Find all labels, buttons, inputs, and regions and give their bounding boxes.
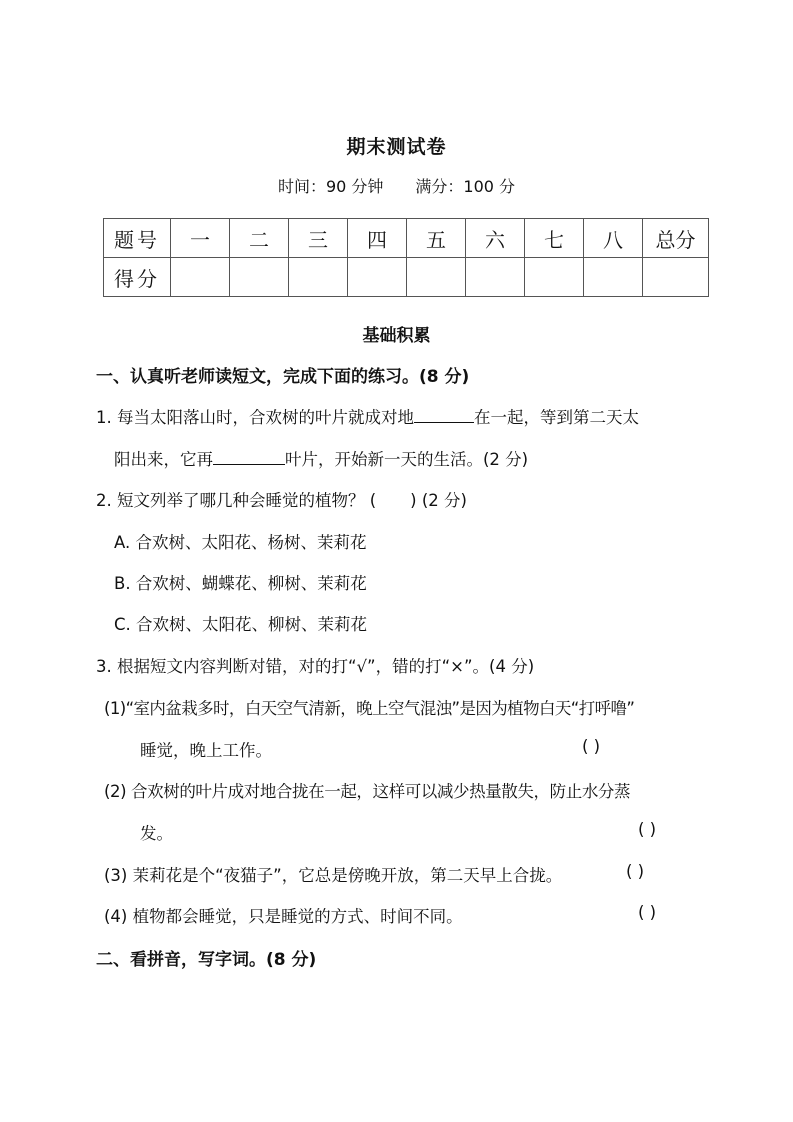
col-2: 二	[230, 219, 289, 258]
q1-text-a: 1. 每当太阳落山时，合欢树的叶片就成对地	[96, 408, 414, 427]
score-table-score-row: 得分	[104, 258, 709, 297]
q3-item4-answer[interactable]: ( )	[638, 903, 656, 922]
score-cell[interactable]	[348, 258, 407, 297]
col-7: 七	[525, 219, 584, 258]
score-cell[interactable]	[289, 258, 348, 297]
q3-item3-line1: (3) 茉莉花是个“夜猫子”，它总是傍晚开放，第二天早上合拢。	[104, 862, 562, 886]
col-total: 总分	[643, 219, 709, 258]
col-5: 五	[407, 219, 466, 258]
exam-meta: 时间：90 分钟满分：100 分	[0, 174, 793, 197]
q3-item2-line1: (2) 合欢树的叶片成对地合拢在一起，这样可以减少热量散失，防止水分蒸	[104, 778, 630, 802]
col-8: 八	[584, 219, 643, 258]
score-cell[interactable]	[584, 258, 643, 297]
col-4: 四	[348, 219, 407, 258]
q1-text-b: 在一起，等到第二天太	[474, 408, 639, 427]
q2-option-a: A. 合欢树、太阳花、杨树、茉莉花	[114, 529, 367, 553]
q1-line1: 1. 每当太阳落山时，合欢树的叶片就成对地在一起，等到第二天太	[96, 404, 639, 428]
q3-item1-line2: 睡觉，晚上工作。	[140, 737, 272, 761]
score-cell-total[interactable]	[643, 258, 709, 297]
q3-item4-line1: (4) 植物都会睡觉，只是睡觉的方式、时间不同。	[104, 903, 463, 927]
answer-blank[interactable]	[414, 406, 474, 423]
q2-points: ) (2 分)	[410, 491, 467, 510]
part1-heading: 一、认真听老师读短文，完成下面的练习。(8 分)	[96, 362, 469, 387]
row-label-question-number: 题号	[104, 219, 171, 258]
q1-text-d: 叶片，开始新一天的生活。(2 分)	[285, 450, 528, 469]
score-table-header-row: 题号 一 二 三 四 五 六 七 八 总分	[104, 219, 709, 258]
score-cell[interactable]	[466, 258, 525, 297]
section-title: 基础积累	[0, 321, 793, 346]
col-6: 六	[466, 219, 525, 258]
score-cell[interactable]	[171, 258, 230, 297]
q1-line2: 阳出来，它再叶片，开始新一天的生活。(2 分)	[114, 446, 528, 470]
score-cell[interactable]	[407, 258, 466, 297]
score-cell[interactable]	[230, 258, 289, 297]
q2-text: 2. 短文列举了哪几种会睡觉的植物？ (	[96, 491, 376, 510]
row-label-score: 得分	[104, 258, 171, 297]
q3-item3-answer[interactable]: ( )	[626, 862, 644, 881]
q1-text-c: 阳出来，它再	[114, 450, 213, 469]
q2-option-c: C. 合欢树、太阳花、柳树、茉莉花	[114, 611, 367, 635]
q2-stem: 2. 短文列举了哪几种会睡觉的植物？ () (2 分)	[96, 487, 467, 511]
score-table: 题号 一 二 三 四 五 六 七 八 总分 得分	[103, 218, 709, 297]
full-score: 满分：100 分	[415, 177, 515, 196]
score-cell[interactable]	[525, 258, 584, 297]
time-limit: 时间：90 分钟	[278, 177, 383, 196]
part2-heading: 二、看拼音，写字词。(8 分)	[96, 945, 316, 970]
q3-item1-line1: (1)“室内盆栽多时，白天空气清新，晚上空气混浊”是因为植物白天“打呼噜”	[104, 695, 634, 719]
q2-option-b: B. 合欢树、蝴蝶花、柳树、茉莉花	[114, 570, 367, 594]
col-1: 一	[171, 219, 230, 258]
col-3: 三	[289, 219, 348, 258]
q3-item2-line2: 发。	[140, 820, 173, 844]
q3-item1-answer[interactable]: ( )	[582, 737, 600, 756]
answer-blank[interactable]	[213, 448, 285, 465]
exam-title: 期末测试卷	[0, 132, 793, 159]
q3-item2-answer[interactable]: ( )	[638, 820, 656, 839]
q3-stem: 3. 根据短文内容判断对错，对的打“√”，错的打“×”。(4 分)	[96, 653, 534, 677]
